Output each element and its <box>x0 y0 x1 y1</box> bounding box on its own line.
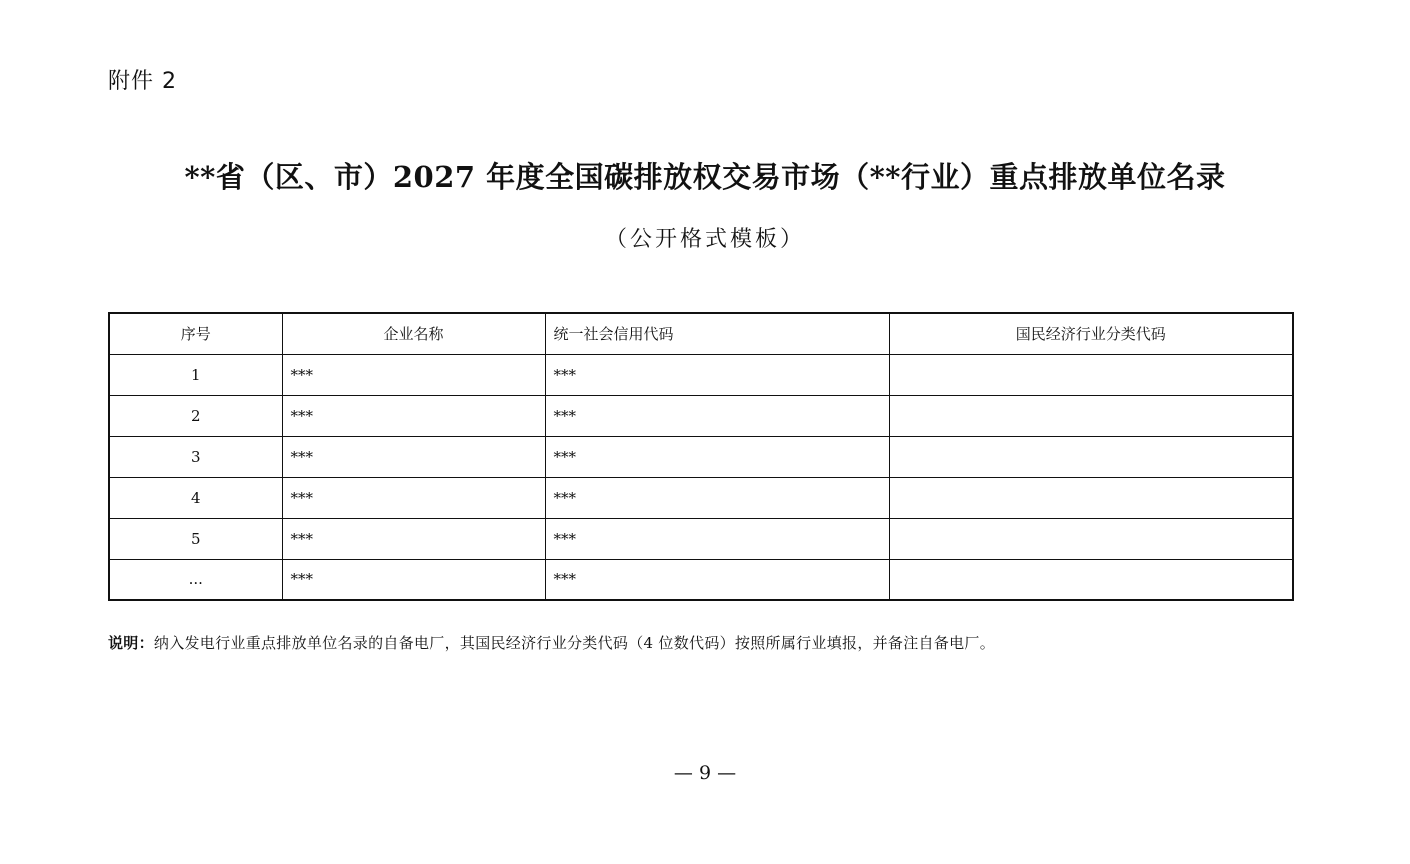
document-subtitle: （公开格式模板） <box>0 222 1410 253</box>
column-header-industry-code: 国民经济行业分类代码 <box>889 313 1293 354</box>
cell-credit-code: *** <box>545 559 889 600</box>
cell-industry-code <box>889 354 1293 395</box>
cell-serial: ... <box>109 559 282 600</box>
cell-company-name: *** <box>282 395 545 436</box>
cell-serial: 3 <box>109 436 282 477</box>
cell-industry-code <box>889 477 1293 518</box>
cell-company-name: *** <box>282 354 545 395</box>
note-text: 纳入发电行业重点排放单位名录的自备电厂，其国民经济行业分类代码（4 位数代码）按… <box>154 634 995 652</box>
cell-industry-code <box>889 395 1293 436</box>
explanatory-note: 说明：纳入发电行业重点排放单位名录的自备电厂，其国民经济行业分类代码（4 位数代… <box>108 632 995 653</box>
table-row: 1 *** *** <box>109 354 1293 395</box>
cell-serial: 1 <box>109 354 282 395</box>
cell-industry-code <box>889 518 1293 559</box>
table-row: 4 *** *** <box>109 477 1293 518</box>
cell-company-name: *** <box>282 477 545 518</box>
cell-industry-code <box>889 559 1293 600</box>
column-header-credit-code: 统一社会信用代码 <box>545 313 889 354</box>
cell-serial: 2 <box>109 395 282 436</box>
note-label: 说明： <box>108 634 154 652</box>
cell-company-name: *** <box>282 436 545 477</box>
cell-credit-code: *** <box>545 518 889 559</box>
cell-industry-code <box>889 436 1293 477</box>
cell-credit-code: *** <box>545 354 889 395</box>
cell-credit-code: *** <box>545 395 889 436</box>
cell-credit-code: *** <box>545 477 889 518</box>
document-title: **省（区、市）2027 年度全国碳排放权交易市场（**行业）重点排放单位名录 <box>0 155 1410 196</box>
attachment-label: 附件 2 <box>108 64 177 95</box>
cell-company-name: *** <box>282 559 545 600</box>
table-row: 3 *** *** <box>109 436 1293 477</box>
table-header-row: 序号 企业名称 统一社会信用代码 国民经济行业分类代码 <box>109 313 1293 354</box>
column-header-serial: 序号 <box>109 313 282 354</box>
table-row: 2 *** *** <box>109 395 1293 436</box>
table-row: ... *** *** <box>109 559 1293 600</box>
cell-serial: 5 <box>109 518 282 559</box>
column-header-company-name: 企业名称 <box>282 313 545 354</box>
cell-serial: 4 <box>109 477 282 518</box>
emission-units-table: 序号 企业名称 统一社会信用代码 国民经济行业分类代码 1 *** *** 2 … <box>108 312 1294 601</box>
page-number: — 9 — <box>0 762 1410 784</box>
cell-company-name: *** <box>282 518 545 559</box>
cell-credit-code: *** <box>545 436 889 477</box>
table-row: 5 *** *** <box>109 518 1293 559</box>
